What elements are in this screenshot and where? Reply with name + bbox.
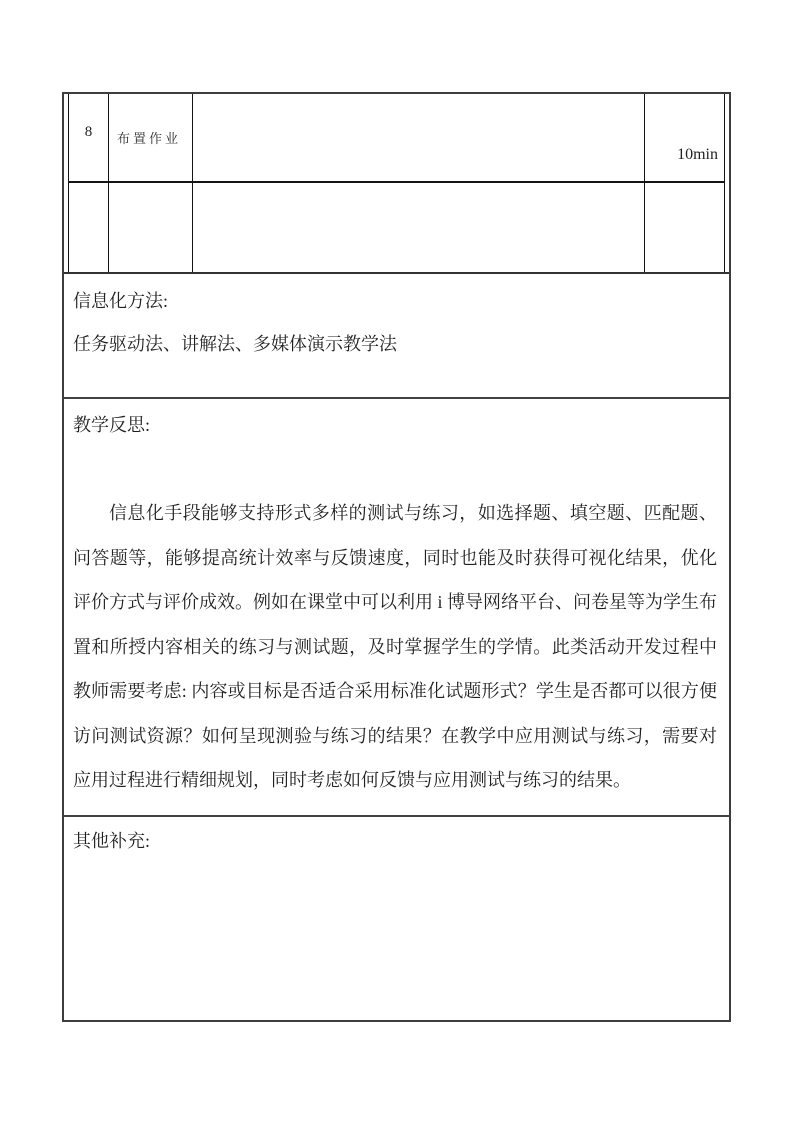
section-info-methods: 信息化方法: 任务驱动法、讲解法、多媒体演示教学法: [64, 274, 729, 397]
cell-activity-name: 布置作业: [109, 94, 193, 181]
cell-step-number: 8: [69, 94, 109, 181]
cell-duration: 10min: [645, 94, 724, 181]
section-body: 信息化手段能够支持形式多样的测试与练习，如选择题、填空题、匹配题、问答题等，能够…: [73, 491, 717, 803]
table-row: [69, 183, 724, 272]
section-heading: 其他补充:: [73, 820, 717, 863]
cell-activity-content: [193, 183, 645, 272]
section-heading: 信息化方法:: [73, 280, 717, 323]
section-heading: 教学反思:: [73, 403, 717, 447]
table-row: 8 布置作业 10min: [69, 94, 724, 183]
document-page: 8 布置作业 10min 信息化方法: 任务驱动法、讲解法、多媒体演示教学法 教…: [0, 0, 793, 1122]
cell-duration: [645, 183, 724, 272]
cell-activity-name: [109, 183, 193, 272]
section-body: 任务驱动法、讲解法、多媒体演示教学法: [73, 323, 717, 366]
cell-activity-content: [193, 94, 645, 181]
activity-table: 8 布置作业 10min: [68, 94, 725, 272]
section-other-notes: 其他补充:: [64, 817, 729, 1020]
section-teaching-reflection: 教学反思: 信息化手段能够支持形式多样的测试与练习，如选择题、填空题、匹配题、问…: [64, 399, 729, 815]
cell-step-number: [69, 183, 109, 272]
lesson-plan-table: 8 布置作业 10min 信息化方法: 任务驱动法、讲解法、多媒体演示教学法 教…: [62, 92, 731, 1022]
